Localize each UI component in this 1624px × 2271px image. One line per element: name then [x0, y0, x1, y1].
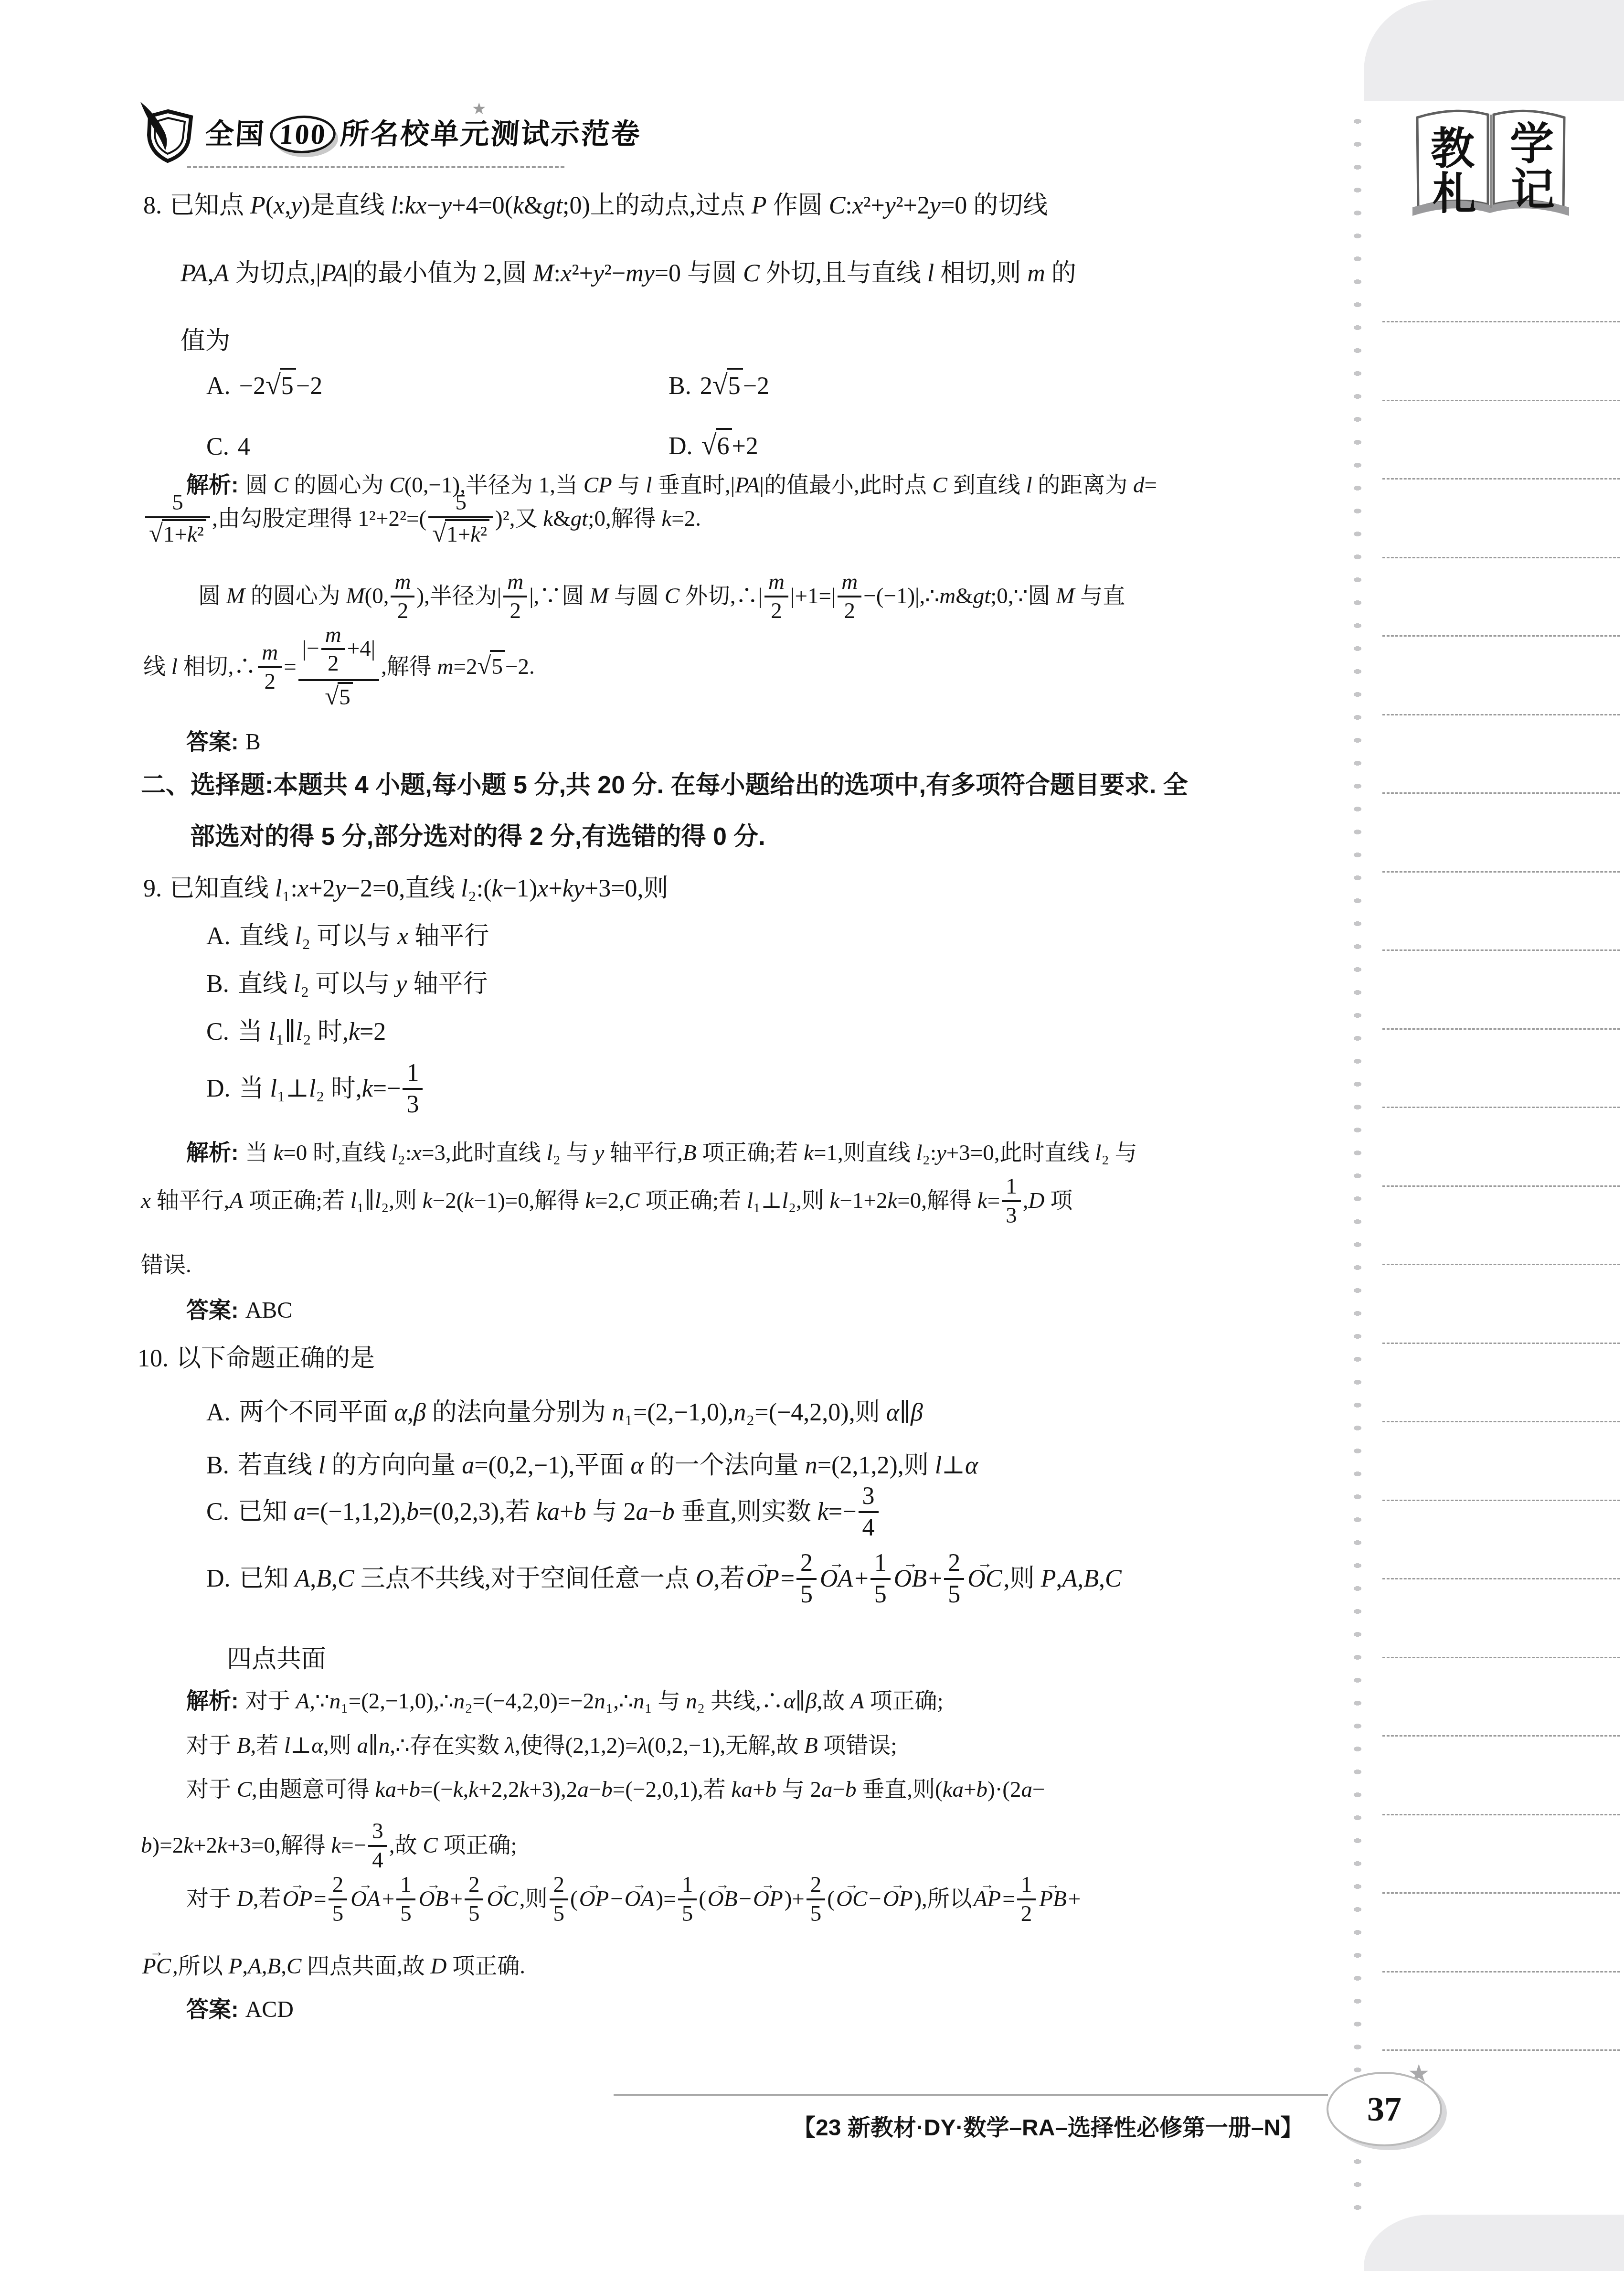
note-line	[1382, 1971, 1620, 1972]
q9-option-d: D.当 l₁⊥l₂ 时,k=−13	[206, 1061, 425, 1120]
note-line	[1382, 1421, 1620, 1422]
q10-number: 10.	[138, 1345, 169, 1372]
q9-analysis-line-2: x 轴平行,A 项正确;若 l₁∥l₂,则 k−2(k−1)=0,解得 k=2,…	[141, 1176, 1072, 1230]
q9-answer: 答案:ABC	[186, 1296, 292, 1325]
q8-stem-line-1: 8.已知点 P(x,y)是直线 l:kx−y+4=0(k&gt;0)上的动点,过…	[143, 190, 1048, 221]
q10-option-a: A.两个不同平面 α,β 的法向量分别为 n₁=(2,−1,0),n₂=(−4,…	[206, 1397, 923, 1428]
q8-option-c: C.4	[206, 431, 250, 462]
q10-option-b: B.若直线 l 的方向向量 a=(0,2,−1),平面 α 的一个法向量 n=(…	[206, 1450, 978, 1481]
analysis-label: 解析:	[186, 1688, 239, 1713]
logo-text: 全国100所名校单元测试示范卷	[204, 111, 643, 153]
page-number: 37	[1367, 2090, 1401, 2129]
q10-analysis-line-6: PC,所以 P,A,B,C 四点共面,故 D 项正确.	[141, 1952, 525, 1981]
q8-stem-line-3: 值为	[180, 326, 230, 357]
note-line	[1382, 2049, 1620, 2051]
note-line	[1382, 949, 1620, 951]
q10-analysis-line-1: 解析:对于 A,∵n₁=(2,−1,0),∴n₂=(−4,2,0)=−2n₁,∴…	[186, 1687, 944, 1716]
note-line	[1382, 1185, 1620, 1187]
footer-imprint: 【23 新教材·DY·数学–RA–选择性必修第一册–N】	[793, 2109, 1303, 2142]
q8-analysis-line-2: 5√1+k²,由勾股定理得 1²+2²=(5√1+k²)²,又 k&gt;0,解…	[143, 492, 701, 550]
q10-answer: 答案:ACD	[186, 1995, 294, 2024]
logo-underline	[187, 166, 564, 168]
section2-heading-line-1: 二、选择题:本题共 4 小题,每小题 5 分,共 20 分. 在每小题给出的选项…	[141, 770, 1188, 801]
analysis-label: 解析:	[186, 1140, 239, 1165]
section2-heading-line-2: 部选对的得 5 分,部分选对的得 2 分,有选错的得 0 分.	[190, 821, 765, 853]
teaching-notes-header: 教 学 札 记	[1409, 100, 1573, 224]
note-line	[1382, 1892, 1620, 1894]
q10-option-d: D.已知 A,B,C 三点不共线,对于空间任意一点 O,若OP=25OA+15O…	[206, 1551, 1122, 1610]
logo-number: 100	[269, 116, 337, 153]
note-line	[1382, 1028, 1620, 1030]
q10-analysis-line-5: 对于 D,若OP=25OA+15OB+25OC,则25(OP−OA)=15(OB…	[186, 1874, 1081, 1928]
note-line	[1382, 1500, 1620, 1501]
corner-decoration-bottom	[1364, 2215, 1624, 2271]
corner-decoration-top	[1364, 0, 1624, 101]
q10-analysis-line-4: b)=2k+2k+3=0,解得 k=−34,故 C 项正确;	[141, 1821, 517, 1875]
brand-logo: 全国100所名校单元测试示范卷 ★	[138, 102, 641, 162]
q8-stem-line-2: PA,A 为切点,|PA|的最小值为 2,圆 M:x²+y²−my=0 与圆 C…	[180, 258, 1076, 289]
note-line	[1382, 321, 1620, 322]
q10-option-d-continued: 四点共面	[227, 1644, 326, 1675]
note-line	[1382, 1657, 1620, 1658]
q9-stem: 9.已知直线 l₁:x+2y−2=0,直线 l₂:(k−1)x+ky+3=0,则	[143, 873, 669, 904]
q8-stem-text-1: 已知点 P(x,y)是直线 l:kx−y+4=0(k&gt;0)上的动点,过点 …	[170, 192, 1048, 219]
exam-answer-page: 教 学 札 记 全国100所名校单元测试示范卷 ★ 8.已知点 P(x,y)是直…	[0, 0, 1624, 2271]
q8-analysis-line-4: 线 l 相切,∴m2=|−m2+4|√5,解得 m=2√5−2.	[143, 626, 535, 712]
answer-label: 答案:	[186, 1996, 239, 2022]
answer-label: 答案:	[186, 729, 239, 754]
note-line	[1382, 557, 1620, 558]
q9-option-a: A.直线 l₂ 可以与 x 轴平行	[206, 921, 489, 952]
q8-answer: 答案:B	[186, 728, 261, 757]
note-line	[1382, 792, 1620, 794]
q8-option-d: D.√6+2	[669, 428, 758, 463]
shield-quill-icon	[138, 101, 199, 164]
note-line	[1382, 1264, 1620, 1265]
note-line	[1382, 635, 1620, 637]
q8-option-a: A.−2√5−2	[206, 368, 322, 403]
notes-title-char-3: 札	[1433, 159, 1476, 222]
footer-rule	[614, 2094, 1328, 2096]
q8-analysis-line-3: 圆 M 的圆心为 M(0,m2),半径为|m2|,∵圆 M 与圆 C 外切,∴|…	[198, 571, 1125, 625]
note-line	[1382, 1343, 1620, 1344]
logo-star-icon: ★	[472, 99, 486, 118]
note-line	[1382, 1578, 1620, 1579]
q10-analysis-line-3: 对于 C,由题意可得 ka+b=(−k,k+2,2k+3),2a−b=(−2,0…	[186, 1776, 1045, 1804]
q10-option-c: C.已知 a=(−1,1,2),b=(0,2,3),若 ka+b 与 2a−b …	[206, 1484, 881, 1544]
note-line	[1382, 714, 1620, 715]
q10-stem: 10.以下命题正确的是	[138, 1343, 375, 1374]
q9-analysis-line-1: 解析:当 k=0 时,直线 l₂:x=3,此时直线 l₂ 与 y 轴平行,B 项…	[186, 1139, 1137, 1167]
q9-option-c: C.当 l₁∥l₂ 时,k=2	[206, 1016, 386, 1047]
note-line	[1382, 400, 1620, 401]
note-line	[1382, 478, 1620, 480]
answer-label: 答案:	[186, 1297, 239, 1322]
note-line	[1382, 871, 1620, 873]
q10-analysis-line-2: 对于 B,若 l⊥α,则 a∥n,∴存在实数 λ,使得(2,1,2)=λ(0,2…	[186, 1732, 897, 1760]
note-line	[1382, 1735, 1620, 1737]
q8-number: 8.	[143, 192, 162, 219]
q9-number: 9.	[143, 875, 162, 902]
notes-title-char-4: 记	[1511, 155, 1555, 218]
note-line	[1382, 1814, 1620, 1815]
binding-dots	[1352, 110, 1363, 2216]
note-line	[1382, 1107, 1620, 1108]
page-number-badge: 37	[1327, 2072, 1442, 2146]
q9-analysis-line-3: 错误.	[141, 1251, 191, 1279]
q9-option-b: B.直线 l₂ 可以与 y 轴平行	[206, 969, 488, 1000]
q8-option-b: B.2√5−2	[669, 368, 769, 403]
